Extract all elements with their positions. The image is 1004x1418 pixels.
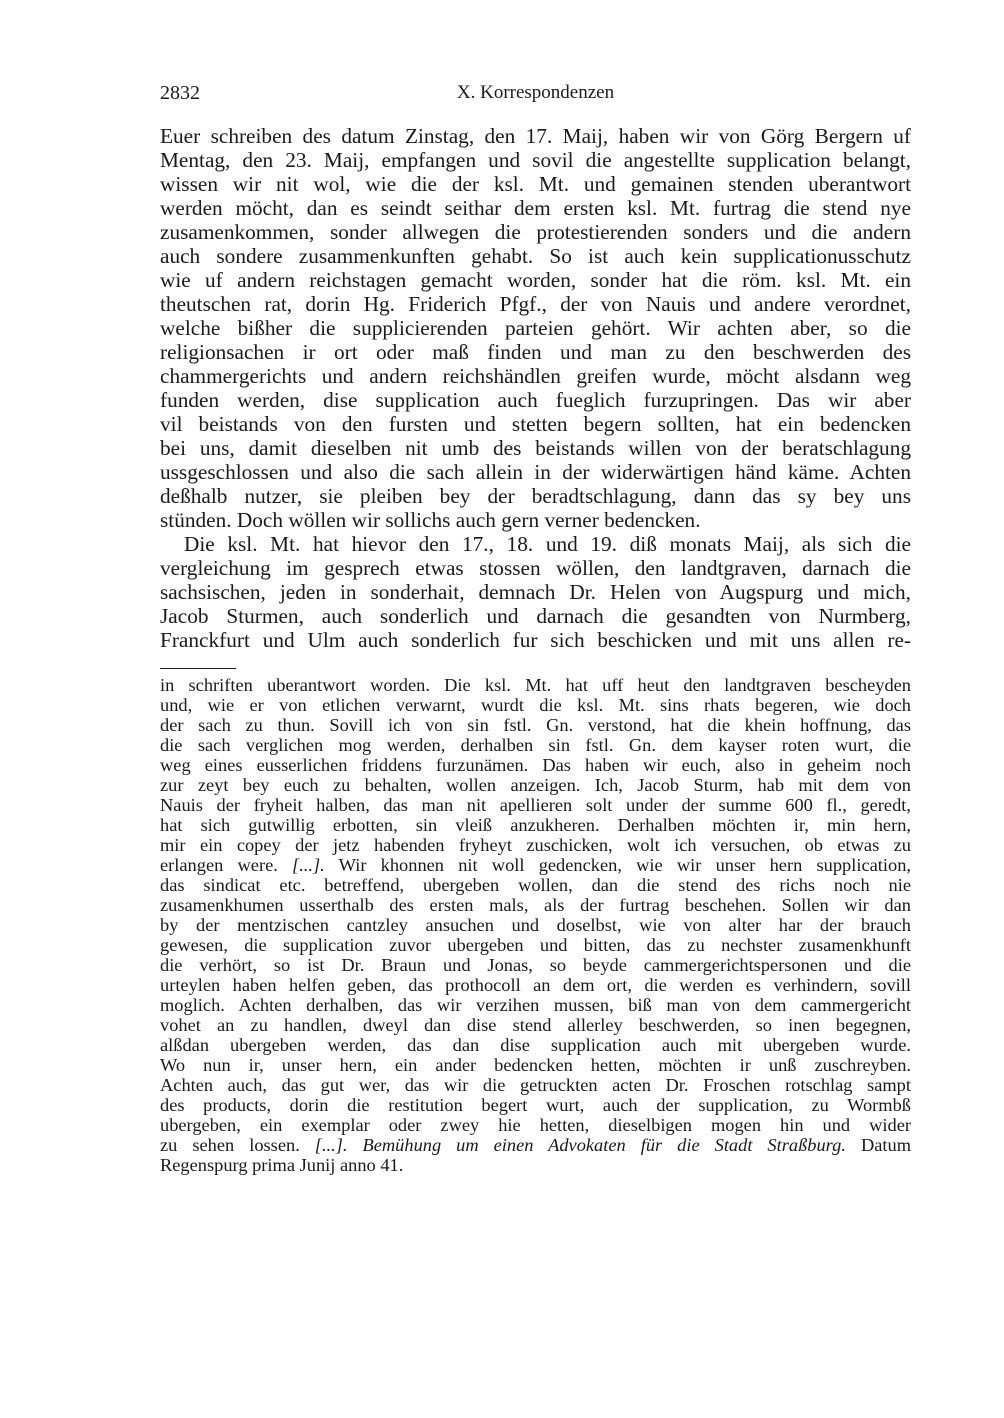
text-line: Die ksl. Mt. hat hievor den 17., 18. und…	[160, 532, 911, 556]
text-line: religionsachen ir ort oder maß finden un…	[160, 340, 911, 364]
footnote-line: hat sich gutwillig erbotten, sin vleiß a…	[160, 815, 911, 835]
footnote-line: ubergeben, ein exemplar oder zwey hie he…	[160, 1115, 911, 1135]
text-line: wissen wir nit wol, wie die der ksl. Mt.…	[160, 172, 911, 196]
footnote-line: mir ein copey der jetz habenden fryheyt …	[160, 835, 911, 855]
footnote-line: alßdan ubergeben werden, das dan dise su…	[160, 1035, 911, 1055]
footnote-text-segment: Wir khonnen nit woll gedencken, wie wir …	[325, 855, 911, 875]
text-line: zusamenkommen, sonder allwegen die prote…	[160, 220, 911, 244]
footnote-line: vohet an zu handlen, dweyl dan dise sten…	[160, 1015, 911, 1035]
footnote-line: des products, dorin die restitution bege…	[160, 1095, 911, 1115]
footnote-text-segment: erlangen were.	[160, 855, 292, 875]
footnote-line: by der mentzischen cantzley ansuchen und…	[160, 915, 911, 935]
text-line: bei uns, damit dieselben nit umb des bei…	[160, 436, 911, 460]
text-line: vergleichung im gesprech etwas stossen w…	[160, 556, 911, 580]
text-line: Franckfurt und Ulm auch sonderlich fur s…	[160, 628, 911, 652]
footnote-separator	[160, 668, 236, 669]
text-line: deßhalb nutzer, sie pleiben bey der bera…	[160, 484, 911, 508]
footnote-line: urteylen haben helfen geben, das prothoc…	[160, 975, 911, 995]
text-line: stünden. Doch wöllen wir sollichs auch g…	[160, 508, 911, 532]
text-line: theutschen rat, dorin Hg. Friderich Pfgf…	[160, 292, 911, 316]
footnote: in schriften uberantwort worden. Die ksl…	[160, 675, 911, 1175]
text-line: wie uf andern reichstagen gemacht worden…	[160, 268, 911, 292]
footnote-line: die sach verglichen mog werden, derhalbe…	[160, 735, 911, 755]
text-line: chammergerichts und andern reichshändlen…	[160, 364, 911, 388]
paragraph: Euer schreiben des datum Zinstag, den 17…	[160, 124, 911, 532]
footnote-line: in schriften uberantwort worden. Die ksl…	[160, 675, 911, 695]
running-head: 2832 X. Korrespondenzen	[160, 78, 911, 108]
footnote-line: der sach zu thun. Sovill ich von sin fst…	[160, 715, 911, 735]
editorial-summary: [...]. Bemühung um einen Advokaten für d…	[315, 1135, 846, 1155]
text-line: vil beistands von den fursten und stette…	[160, 412, 911, 436]
footnote-line: Nauis der fryheit halben, das man nit ap…	[160, 795, 911, 815]
footnote-line: gewesen, die supplication zuvor ubergebe…	[160, 935, 911, 955]
section-title: X. Korrespondenzen	[160, 78, 911, 108]
footnote-line: zu sehen lossen. [...]. Bemühung um eine…	[160, 1135, 911, 1155]
footnote-line: und, wie er von etlichen verwarnt, wurdt…	[160, 695, 911, 715]
text-line: Euer schreiben des datum Zinstag, den 17…	[160, 124, 911, 148]
footnote-line: moglich. Achten derhalben, das wir verzi…	[160, 995, 911, 1015]
footnote-line: erlangen were. [...]. Wir khonnen nit wo…	[160, 855, 911, 875]
text-line: Mentag, den 23. Maij, empfangen und sovi…	[160, 148, 911, 172]
text-line: werden möcht, dan es seindt seithar dem …	[160, 196, 911, 220]
document-page: 2832 X. Korrespondenzen Euer schreiben d…	[160, 78, 911, 1175]
footnote-line: Achten auch, das gut wer, das wir die ge…	[160, 1075, 911, 1095]
text-line: Jacob Sturmen, auch sonderlich und darna…	[160, 604, 911, 628]
main-text: Euer schreiben des datum Zinstag, den 17…	[160, 124, 911, 652]
footnote-line: Wo nun ir, unser hern, ein ander bedenck…	[160, 1055, 911, 1075]
footnote-line: das sindicat etc. betreffend, ubergeben …	[160, 875, 911, 895]
text-line: welche bißher die supplicierenden partei…	[160, 316, 911, 340]
footnote-line: zur zeyt bey euch zu behalten, wollen an…	[160, 775, 911, 795]
text-line: sachsischen, jeden in sonderhait, demnac…	[160, 580, 911, 604]
text-line: auch sondere zusammenkunften gehabt. So …	[160, 244, 911, 268]
editorial-omission: [...].	[292, 855, 325, 875]
footnote-text-segment: zu sehen lossen.	[160, 1135, 315, 1155]
footnote-line: Regenspurg prima Junij anno 41.	[160, 1155, 911, 1175]
footnote-line: weg eines eusserlichen friddens furzunäm…	[160, 755, 911, 775]
footnote-line: zusamenkhumen usserthalb des ersten mals…	[160, 895, 911, 915]
footnote-text-segment: Datum	[846, 1135, 911, 1155]
footnote-line: die verhört, so ist Dr. Braun und Jonas,…	[160, 955, 911, 975]
text-line: ussgeschlossen und also die sach allein …	[160, 460, 911, 484]
text-line: funden werden, dise supplication auch fu…	[160, 388, 911, 412]
paragraph: Die ksl. Mt. hat hievor den 17., 18. und…	[160, 532, 911, 652]
